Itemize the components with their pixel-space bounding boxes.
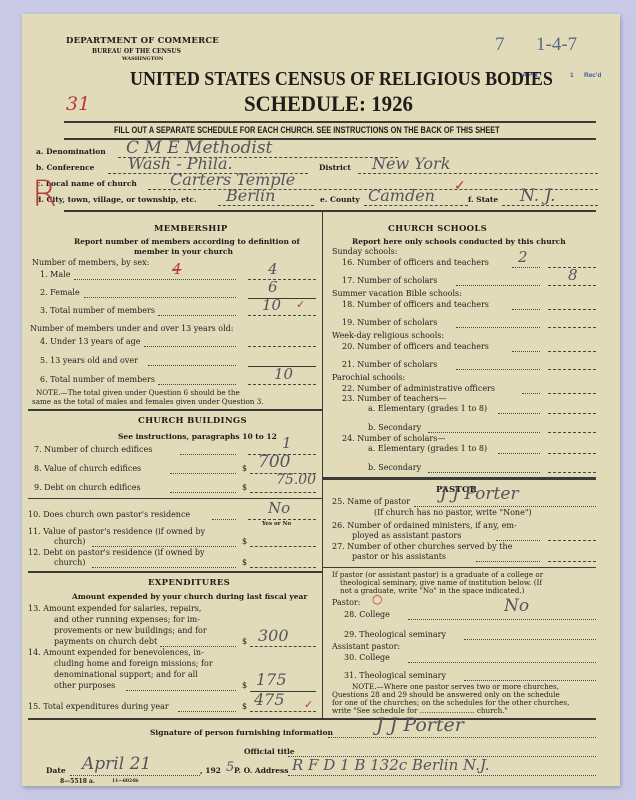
q14-dollar: $ bbox=[242, 681, 247, 690]
pastor-rule bbox=[322, 567, 596, 568]
date-value: April 21 bbox=[82, 754, 151, 774]
conference-label: b. Conference bbox=[36, 163, 94, 172]
q23b-field[interactable] bbox=[548, 432, 596, 433]
date-label: Date bbox=[46, 766, 66, 775]
q11-label-1: 11. Value of pastor's residence (if owne… bbox=[28, 527, 205, 536]
q24-label: 24. Number of scholars— bbox=[342, 434, 445, 443]
q18-leader bbox=[512, 309, 540, 310]
q1-field[interactable] bbox=[248, 279, 316, 280]
year-prefix: , 192 bbox=[200, 766, 221, 775]
date-field[interactable] bbox=[70, 775, 200, 776]
red-circle-mark-icon: ○ bbox=[372, 592, 382, 606]
q28-label: 28. College bbox=[344, 610, 390, 619]
district-field[interactable] bbox=[358, 173, 598, 174]
q3-value: 10 bbox=[262, 296, 281, 314]
q3-field[interactable] bbox=[248, 315, 316, 316]
q16-label: 16. Number of officers and teachers bbox=[342, 258, 489, 267]
q15-leader bbox=[178, 711, 236, 712]
q2-value: 6 bbox=[268, 278, 278, 296]
by-sex-label: Number of members, by sex: bbox=[32, 258, 149, 267]
q10-value: No bbox=[268, 499, 290, 517]
q19-field[interactable] bbox=[548, 327, 596, 328]
q20-leader bbox=[512, 351, 540, 352]
q26-field[interactable] bbox=[548, 540, 596, 541]
signature-label: Signature of person furnishing informati… bbox=[150, 728, 333, 737]
q21-label: 21. Number of scholars bbox=[342, 360, 437, 369]
q19-leader bbox=[456, 327, 540, 328]
q1-label: 1. Male bbox=[40, 270, 70, 279]
q21-leader bbox=[456, 369, 540, 370]
q11-leader bbox=[92, 546, 236, 547]
county-field[interactable] bbox=[364, 205, 468, 206]
city-label: WASHINGTON bbox=[122, 56, 163, 62]
graduate-instruction-3: not a graduate, write "No" in the space … bbox=[340, 586, 524, 596]
body-bottom-rule bbox=[28, 718, 596, 720]
q12-label-2: church) bbox=[54, 558, 85, 567]
q10-field[interactable] bbox=[248, 519, 316, 520]
q26-leader bbox=[496, 540, 540, 541]
q6-leader bbox=[158, 384, 236, 385]
q29-label: 29. Theological seminary bbox=[344, 630, 446, 639]
q10-label: 10. Does church own pastor's residence bbox=[28, 510, 190, 519]
q8-leader bbox=[170, 473, 236, 474]
census-schedule-sheet: DEPARTMENT OF COMMERCE BUREAU OF THE CEN… bbox=[22, 14, 620, 786]
state-value: N. J. bbox=[520, 186, 556, 206]
q24a-leader bbox=[498, 453, 540, 454]
q17-label: 17. Number of scholars bbox=[342, 276, 437, 285]
q9-label: 9. Debt on church edifices bbox=[34, 483, 141, 492]
buildings-bottom-rule bbox=[28, 571, 322, 573]
q29-field[interactable] bbox=[464, 639, 596, 640]
q1-struck-value: 4 bbox=[172, 260, 182, 278]
q14-label-4: other purposes bbox=[54, 681, 115, 690]
q3-label: 3. Total number of members bbox=[40, 306, 155, 315]
po-address-field[interactable] bbox=[288, 775, 596, 776]
q10-leader bbox=[212, 519, 236, 520]
column-divider bbox=[322, 212, 323, 720]
q16-value: 2 bbox=[518, 248, 528, 266]
q4-field[interactable] bbox=[248, 346, 316, 347]
q15-dollar: $ bbox=[242, 702, 247, 711]
county-label: e. County bbox=[320, 195, 360, 204]
q18-field[interactable] bbox=[548, 309, 596, 310]
q13-leader bbox=[160, 646, 236, 647]
q24a-label: a. Elementary (grades 1 to 8) bbox=[368, 444, 487, 453]
q13-label-4: payments on church debt bbox=[54, 637, 157, 646]
q8-value: 700 bbox=[258, 452, 290, 472]
q14-label-3: denominational support; and for all bbox=[54, 670, 198, 679]
q30-field[interactable] bbox=[408, 662, 596, 663]
q30-label: 30. College bbox=[344, 653, 390, 662]
q22-field[interactable] bbox=[548, 393, 596, 394]
weekday-label: Week-day religious schools: bbox=[332, 331, 444, 340]
buildings-intro: See instructions, paragraphs 10 to 12 bbox=[118, 432, 277, 441]
q28-value: No bbox=[504, 596, 529, 616]
q18-label: 18. Number of officers and teachers bbox=[342, 300, 489, 309]
q25-hint: (If church has no pastor, write "None") bbox=[374, 508, 532, 517]
po-address-value: R F D 1 B 132c Berlin N.J. bbox=[292, 756, 490, 774]
parochial-label: Parochial schools: bbox=[332, 373, 405, 382]
q11-dollar: $ bbox=[242, 537, 247, 546]
stamp-number: 7 bbox=[495, 34, 505, 56]
q9-leader bbox=[170, 492, 236, 493]
q14-value: 175 bbox=[256, 670, 287, 689]
q20-field[interactable] bbox=[548, 351, 596, 352]
received-label-stamp: Rec'd bbox=[584, 72, 601, 79]
q13-value: 300 bbox=[258, 626, 289, 645]
city-value: Berlin bbox=[226, 186, 275, 205]
state-label: f. State bbox=[468, 195, 498, 204]
q24b-field[interactable] bbox=[548, 472, 596, 473]
q14-label-2: cluding home and foreign missions; for bbox=[54, 659, 213, 668]
q14-leader bbox=[126, 690, 236, 691]
print-code: 11—6024b bbox=[112, 779, 138, 784]
bureau-label: BUREAU OF THE CENSUS bbox=[92, 48, 181, 55]
q31-field[interactable] bbox=[464, 680, 596, 681]
department-label: DEPARTMENT OF COMMERCE bbox=[66, 36, 219, 46]
membership-note-2: same as the total of males and females g… bbox=[32, 397, 264, 407]
q11-field[interactable] bbox=[250, 546, 316, 547]
city-field[interactable] bbox=[218, 205, 314, 206]
q15-label: 15. Total expenditures during year bbox=[28, 702, 169, 711]
instruction-banner: FILL OUT A SEPARATE SCHEDULE FOR EACH CH… bbox=[114, 125, 500, 135]
q22-label: 22. Number of administrative officers bbox=[342, 384, 495, 393]
buildings-title: CHURCH BUILDINGS bbox=[138, 416, 247, 426]
membership-intro-2: member in your church bbox=[134, 247, 233, 256]
schools-rule bbox=[322, 477, 596, 480]
q12-dollar: $ bbox=[242, 558, 247, 567]
q6-label: 6. Total number of members bbox=[40, 375, 155, 384]
q4-label: 4. Under 13 years of age bbox=[40, 337, 140, 346]
q26-label-2: ployed as assistant pastors bbox=[352, 531, 461, 540]
county-value: Camden bbox=[368, 186, 435, 205]
q27-label-2: pastor or his assistants bbox=[352, 552, 446, 561]
q20-label: 20. Number of officers and teachers bbox=[342, 342, 489, 351]
q25-value: J J Porter bbox=[440, 484, 519, 504]
q15-field[interactable] bbox=[250, 711, 316, 712]
q8-label: 8. Value of church edifices bbox=[34, 464, 141, 473]
q22-leader bbox=[522, 393, 540, 394]
assistant-subheading: Assistant pastor: bbox=[332, 642, 400, 651]
city-label: d. City, town, village, or township, etc… bbox=[36, 195, 197, 204]
q27-label-1: 27. Number of other churches served by t… bbox=[332, 542, 512, 551]
q12-leader bbox=[92, 567, 236, 568]
schools-intro: Report here only schools conducted by th… bbox=[352, 237, 566, 246]
q31-label: 31. Theological seminary bbox=[344, 671, 446, 680]
q17-value: 8 bbox=[568, 266, 578, 284]
q8-dollar: $ bbox=[242, 464, 247, 473]
q15-value: 475 bbox=[254, 690, 285, 709]
q21-field[interactable] bbox=[548, 369, 596, 370]
q27-field[interactable] bbox=[548, 561, 596, 562]
q28-field[interactable] bbox=[408, 619, 596, 620]
sunday-label: Sunday schools: bbox=[332, 247, 397, 256]
official-title-label: Official title bbox=[244, 747, 295, 756]
received-day-stamp: 1 bbox=[570, 72, 574, 79]
q4-leader bbox=[144, 346, 236, 347]
q11-label-2: church) bbox=[54, 537, 85, 546]
denomination-label: a. Denomination bbox=[36, 147, 106, 156]
q25-label: 25. Name of pastor bbox=[332, 497, 410, 506]
red-mark-letter: R bbox=[32, 174, 57, 215]
q6-value: 10 bbox=[274, 365, 293, 383]
q17-field[interactable] bbox=[548, 285, 596, 286]
q23-label: 23. Number of teachers— bbox=[342, 394, 447, 403]
q24b-leader bbox=[428, 472, 540, 473]
q1-value: 4 bbox=[268, 260, 278, 278]
stamp-code: 1-4-7 bbox=[536, 34, 577, 56]
summer-label: Summer vacation Bible schools: bbox=[332, 289, 462, 298]
membership-rule bbox=[28, 409, 322, 411]
district-label: District bbox=[319, 163, 351, 172]
q7-leader bbox=[180, 454, 236, 455]
form-subtitle: SCHEDULE: 1926 bbox=[244, 91, 413, 117]
identity-rule bbox=[64, 210, 596, 212]
q3-check-icon: ✓ bbox=[296, 298, 305, 311]
q25-field bbox=[414, 506, 596, 507]
q23a-leader bbox=[498, 413, 540, 414]
q13-label-1: 13. Amount expended for salaries, repair… bbox=[28, 604, 201, 613]
q17-leader bbox=[456, 285, 540, 286]
q1-leader bbox=[74, 279, 236, 280]
q5-label: 5. 13 years old and over bbox=[40, 356, 138, 365]
q9-value: 75.00 bbox=[276, 472, 316, 488]
signature-value: J J Porter bbox=[376, 714, 464, 736]
q15-check-icon: ✓ bbox=[304, 698, 313, 711]
q7-value: 1 bbox=[282, 434, 292, 452]
q9-field[interactable] bbox=[250, 492, 316, 493]
q23b-leader bbox=[428, 432, 540, 433]
q13-label-3: provements or new buildings; and for bbox=[54, 626, 207, 635]
q2-label: 2. Female bbox=[40, 288, 80, 297]
district-value: New York bbox=[372, 154, 450, 173]
pastor-subheading: Pastor: bbox=[332, 598, 360, 607]
po-address-label: P. O. Address bbox=[234, 766, 288, 775]
q23a-field[interactable] bbox=[548, 413, 596, 414]
q13-label-2: and other running expenses; for im- bbox=[54, 615, 200, 624]
red-check-icon: ✓ bbox=[454, 178, 466, 194]
membership-intro-1: Report number of members according to de… bbox=[74, 237, 300, 246]
membership-title: MEMBERSHIP bbox=[154, 224, 228, 234]
q19-label: 19. Number of scholars bbox=[342, 318, 437, 327]
q2-leader bbox=[84, 297, 236, 298]
q16-leader bbox=[512, 267, 540, 268]
header-rule-top bbox=[64, 121, 596, 123]
q7-label: 7. Number of church edifices bbox=[34, 445, 152, 454]
form-title: UNITED STATES CENSUS OF RELIGIOUS BODIES bbox=[130, 69, 553, 91]
q23a-label: a. Elementary (grades 1 to 8) bbox=[368, 404, 487, 413]
by-age-label: Number of members under and over 13 year… bbox=[30, 324, 233, 333]
q9-dollar: $ bbox=[242, 483, 247, 492]
q6-field[interactable] bbox=[248, 384, 316, 385]
q14-label-1: 14. Amount expended for benevolences, in… bbox=[28, 648, 204, 657]
q27-leader bbox=[476, 561, 540, 562]
q13-field[interactable] bbox=[250, 646, 316, 647]
q12-label-1: 12. Debt on pastor's residence (if owned… bbox=[28, 548, 205, 557]
q24a-field[interactable] bbox=[548, 453, 596, 454]
q3-leader bbox=[158, 315, 236, 316]
q24b-label: b. Secondary bbox=[368, 463, 421, 472]
schools-title: CHURCH SCHOOLS bbox=[388, 224, 487, 234]
q13-dollar: $ bbox=[242, 637, 247, 646]
q26-label-1: 26. Number of ordained ministers, if any… bbox=[332, 521, 517, 530]
q23b-label: b. Secondary bbox=[368, 423, 421, 432]
q10-hint: Yes or No bbox=[262, 521, 291, 527]
signature-field[interactable] bbox=[328, 737, 596, 738]
q5-leader bbox=[148, 365, 236, 366]
expenditures-intro: Amount expended by your church during la… bbox=[72, 592, 307, 601]
red-mark-number: 31 bbox=[66, 93, 90, 115]
expenditures-title: EXPENDITURES bbox=[148, 578, 230, 588]
q12-field[interactable] bbox=[250, 567, 316, 568]
q2-field[interactable] bbox=[248, 298, 316, 299]
form-number: 8—5518 a. bbox=[60, 778, 95, 785]
